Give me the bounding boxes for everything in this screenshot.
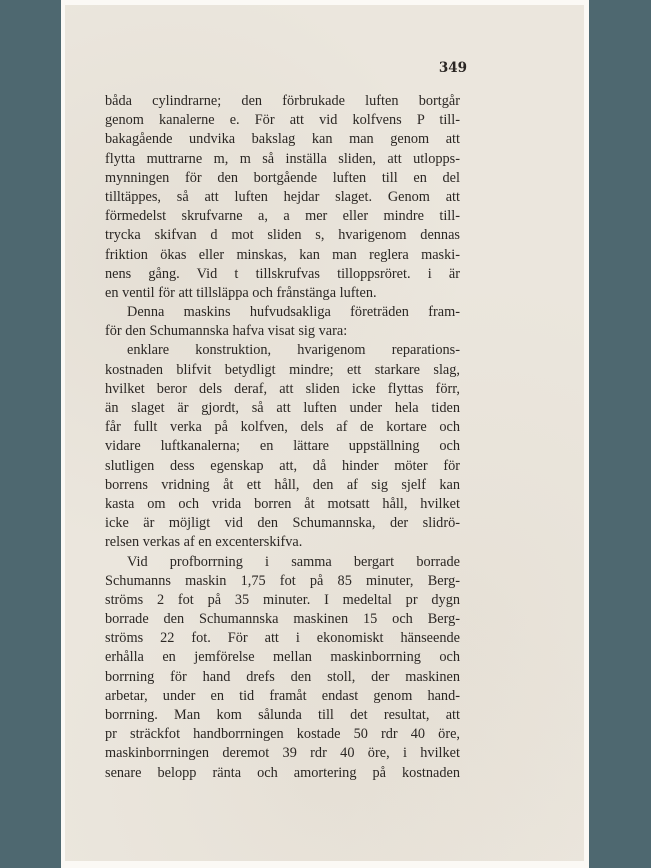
text-line: senare belopp ränta och amortering på ko…: [105, 764, 460, 783]
text-line: mynningen för den bortgående luften till…: [105, 169, 460, 188]
text-line: kostnaden blifvit betydligt mindre; ett …: [105, 361, 460, 380]
text-line: en ventil för att tillsläppa och frånstä…: [105, 284, 460, 303]
text-line: förmedelst skrufvarne a, a mer eller min…: [105, 207, 460, 226]
text-line: bakagående undvika bakslag kan man genom…: [105, 130, 460, 149]
text-line: Denna maskins hufvudsakliga företräden f…: [105, 303, 460, 322]
paragraph: Vid profborrning i samma bergart borrade…: [105, 553, 460, 783]
text-line: hvilket beror dels deraf, att sliden ick…: [105, 380, 460, 399]
text-line: friktion ökas eller minskas, kan man reg…: [105, 246, 460, 265]
text-line: får fullt verka på kolfven, dels af de k…: [105, 418, 460, 437]
text-line: slutligen dess egenskap att, då hinder m…: [105, 457, 460, 476]
page-paper: 349 båda cylindrarne; den förbrukade luf…: [65, 5, 584, 861]
text-line: relsen verkas af en excenterskifva.: [105, 533, 460, 552]
text-line: Schumanns maskin 1,75 fot på 85 minuter,…: [105, 572, 460, 591]
text-line: borrning för hand drefs den stoll, der m…: [105, 668, 460, 687]
paragraph: båda cylindrarne; den förbrukade luften …: [105, 92, 460, 303]
text-line: genom kanalerne e. För att vid kolfvens …: [105, 111, 460, 130]
page-number: 349: [427, 60, 467, 76]
scanned-page-sheet: 349 båda cylindrarne; den förbrukade luf…: [61, 0, 589, 868]
paragraph: Denna maskins hufvudsakliga företräden f…: [105, 303, 460, 341]
body-text: båda cylindrarne; den förbrukade luften …: [105, 92, 460, 783]
text-line: erhålla en jemförelse mellan maskinborrn…: [105, 648, 460, 667]
text-line: arbetar, under en tid framåt endast geno…: [105, 687, 460, 706]
paragraph: enklare konstruktion, hvarigenom reparat…: [105, 341, 460, 552]
text-line: Vid profborrning i samma bergart borrade: [105, 553, 460, 572]
text-line: enklare konstruktion, hvarigenom reparat…: [105, 341, 460, 360]
text-line: båda cylindrarne; den förbrukade luften …: [105, 92, 460, 111]
text-line: borrens vridning åt ett håll, den af sig…: [105, 476, 460, 495]
text-line: nens gång. Vid t tillskrufvas tilloppsrö…: [105, 265, 460, 284]
text-line: borrade den Schumannska maskinen 15 och …: [105, 610, 460, 629]
text-line: flytta muttrarne m, m så inställa sliden…: [105, 150, 460, 169]
text-line: ströms 22 fot. För att i ekonomiskt häns…: [105, 629, 460, 648]
text-line: tilltäppes, så att luften hejdar slaget.…: [105, 188, 460, 207]
text-line: än slaget är gjordt, så att luften under…: [105, 399, 460, 418]
text-line: pr sträckfot handborrningen kostade 50 r…: [105, 725, 460, 744]
text-line: ströms 2 fot på 35 minuter. I medeltal p…: [105, 591, 460, 610]
text-line: vidare luftkanalerna; en lättare uppstäl…: [105, 437, 460, 456]
text-line: för den Schumannska hafva visat sig vara…: [105, 322, 460, 341]
text-line: icke är möjligt vid den Schumannska, der…: [105, 514, 460, 533]
text-line: borrning. Man kom sålunda till det resul…: [105, 706, 460, 725]
text-line: kasta om och vrida borren åt motsatt hål…: [105, 495, 460, 514]
text-line: maskinborrningen deremot 39 rdr 40 öre, …: [105, 744, 460, 763]
text-line: trycka skifvan d mot sliden s, hvarigeno…: [105, 226, 460, 245]
